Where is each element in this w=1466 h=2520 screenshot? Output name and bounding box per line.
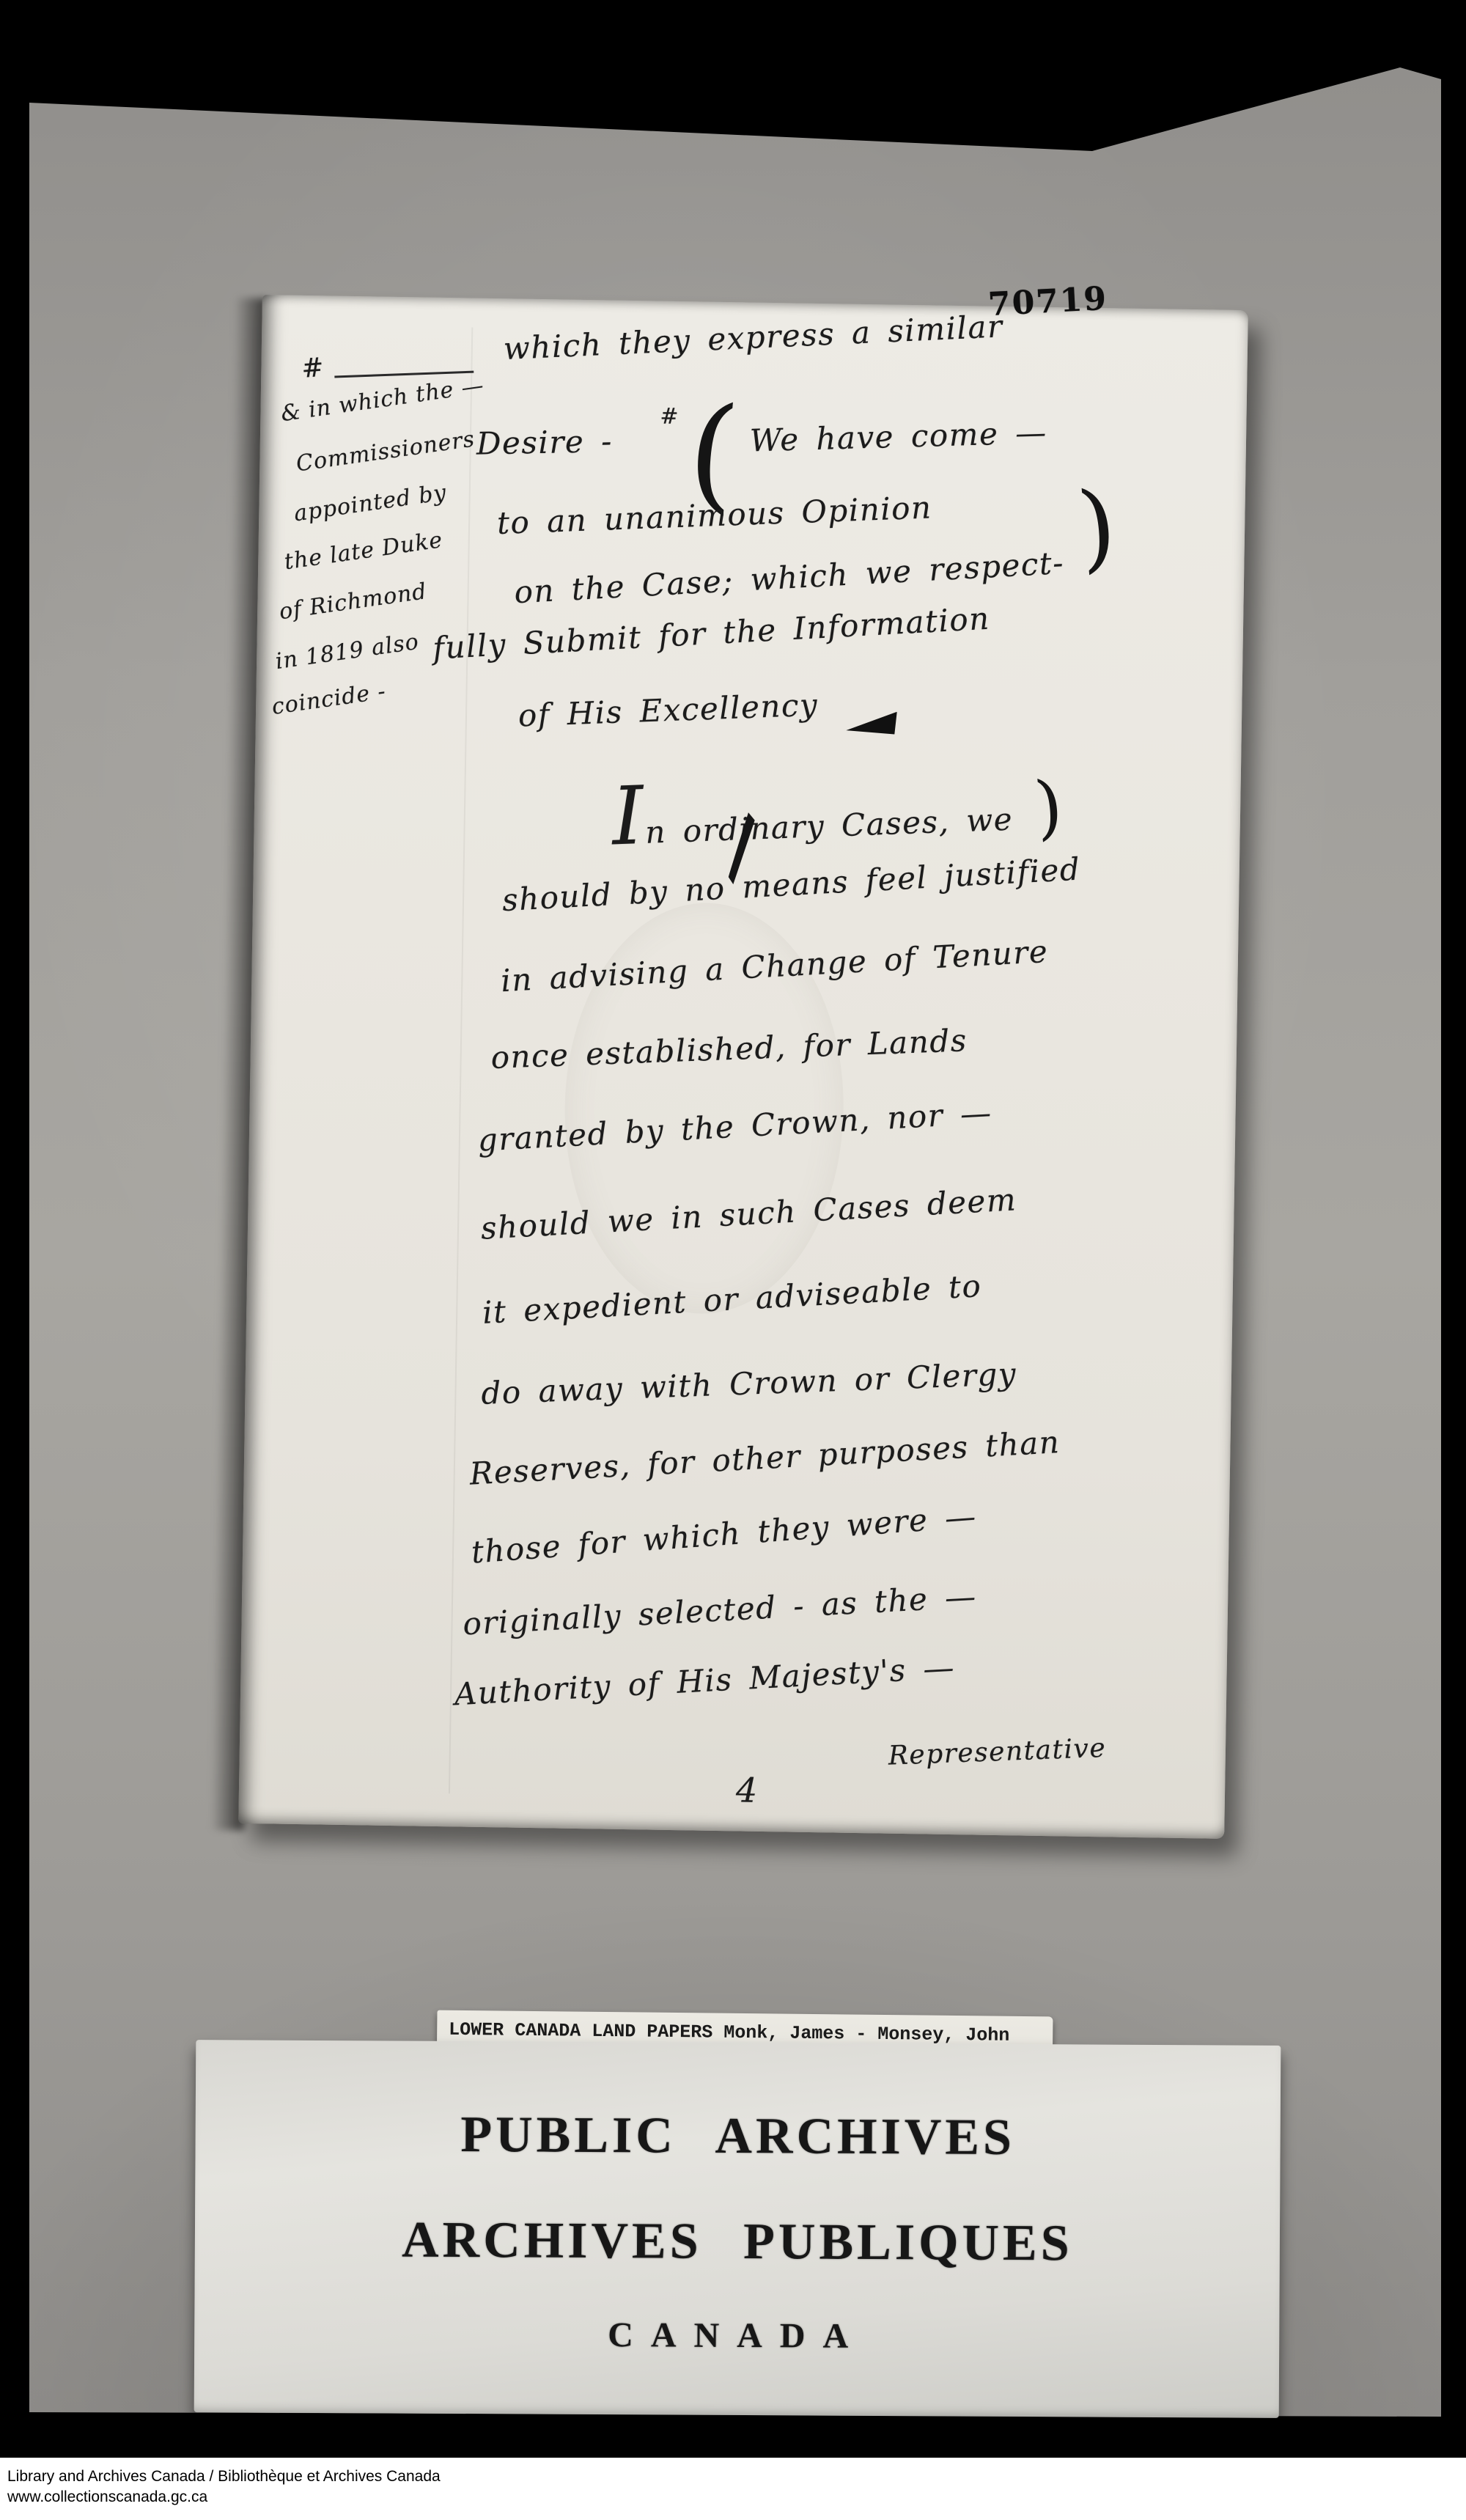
ink-wedge-dash [844, 712, 899, 741]
margin-caret: # [301, 353, 325, 384]
archival-stamp-number: 70719 [987, 280, 1109, 323]
flourish-paren-close: ) [1032, 775, 1065, 840]
manuscript-line: which they express a similar [503, 311, 1003, 364]
manuscript-line: Authority of His Majesty's — [454, 1652, 956, 1710]
manuscript-line: do away with Crown or Clergy [481, 1359, 1017, 1409]
manuscript-line: originally selected - as the — [462, 1582, 977, 1640]
manuscript-line: fully Submit for the Information [432, 603, 990, 664]
margin-note-line: of Richmond [278, 581, 428, 623]
flourish-paren-close: ) [1075, 482, 1119, 571]
margin-note-line: Commissioners [295, 428, 476, 475]
manuscript-line: We have come — [749, 417, 1047, 456]
margin-note-line: coincide - [270, 680, 387, 719]
public-archives-card: PUBLIC ARCHIVES ARCHIVES PUBLIQUES CANAD… [194, 2040, 1281, 2418]
margin-note-line: the late Duke [283, 529, 444, 573]
page-number: 4 [736, 1770, 758, 1810]
footer: Library and Archives Canada / Bibliothèq… [0, 2458, 1466, 2520]
manuscript-line: In ordinary Cases, we [611, 763, 1014, 857]
manuscript-line: Desire - [476, 426, 613, 460]
manuscript-line: should by no means feel justified [501, 854, 1081, 916]
margin-note-line: in 1819 also [274, 631, 421, 673]
footer-url: www.collectionscanada.gc.ca [7, 2487, 207, 2507]
flourish-paren-open: ( [684, 395, 742, 511]
manuscript-page: # & in which the — Commissioners appoint… [238, 295, 1248, 1839]
manuscript-line: those for which they were — [471, 1501, 978, 1568]
insertion-caret: # [660, 404, 679, 430]
manuscript-line: to an unanimous Opinion [496, 492, 932, 539]
margin-note-line: appointed by [292, 482, 448, 525]
page-crease [449, 327, 473, 1793]
footer-attribution: Library and Archives Canada / Bibliothèq… [7, 2466, 441, 2486]
archive-photo: { "photo": { "stamp_number": "70719", "p… [0, 0, 1466, 2520]
manuscript-line: of His Excellency [517, 690, 819, 732]
card-title-canada: CANADA [194, 2313, 1279, 2359]
card-title-fr: ARCHIVES PUBLIQUES [195, 2210, 1280, 2274]
manuscript-line: Representative [888, 1735, 1107, 1770]
manuscript-line: once established, for Lands [490, 1025, 968, 1073]
manuscript-line: on the Case; which we respect- [514, 548, 1065, 609]
manuscript-line: Reserves, for other purposes than [469, 1427, 1061, 1490]
card-title-en: PUBLIC ARCHIVES [195, 2104, 1280, 2169]
